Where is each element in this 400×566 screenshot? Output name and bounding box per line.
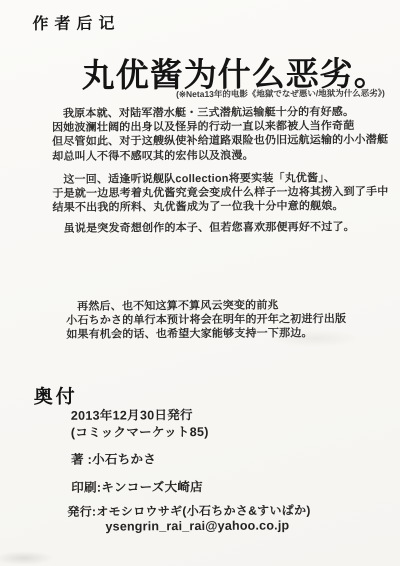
printer-credit: 印刷:キンコーズ大崎店 bbox=[71, 477, 203, 496]
paragraph-3: 虽说是突发奇想创作的本子、但若您喜欢那便再好不过了。 bbox=[53, 220, 355, 236]
title-note: (※Neta13年的电影《地獄でなぜ悪い/地狱为什么恶劣》) bbox=[176, 87, 385, 100]
event-name: (コミックマーケット85) bbox=[71, 422, 209, 441]
paragraph-2: 这一回、适逢听说舰队collection将要实装「丸优酱」、 于是就一边思考着丸… bbox=[52, 171, 388, 216]
paragraph-line: 结果不出我的所料、丸优酱成为了一位我十分中意的舰娘。 bbox=[52, 199, 388, 215]
contact-email: ysengrin_rai_rai@yahoo.co.jp bbox=[105, 518, 289, 533]
afterword-page: 作者后记 丸优酱为什么恶劣。 (※Neta13年的电影《地獄でなぜ悪い/地狱为什… bbox=[0, 0, 400, 566]
publisher-credit: 発行:オモシロウサギ(小石ちかさ&すいぱか) bbox=[67, 501, 310, 519]
paragraph-line: 如果有机会的话、也希望大家能够支持一下那边。 bbox=[66, 327, 346, 343]
paragraph-line: 却总叫人不得不感叹其的宏伟以及浪漫。 bbox=[52, 147, 388, 163]
paragraph-4: 再然后、也不知这算不算风云突变的前兆 小石ちかさ的单行本预计将会在明年的开年之初… bbox=[66, 298, 346, 342]
paragraph-line: 但尽管如此、对于这艘纵使补给道路艰险也仍旧远航运输的小小潜艇 bbox=[52, 133, 388, 149]
publication-date: 2013年12月30日発行 bbox=[71, 405, 193, 424]
author-credit: 著 :小石ちかさ bbox=[71, 449, 156, 468]
scan-smudge bbox=[0, 551, 54, 565]
paragraph-1: 我原本就、对陆军潜水艇・三式潜航运输艇十分的有好感。 因她波澜壮阔的出身以及怪异… bbox=[52, 105, 388, 164]
section-header: 作者后记 bbox=[32, 10, 120, 34]
paragraph-line: 虽说是突发奇想创作的本子、但若您喜欢那便再好不过了。 bbox=[53, 220, 355, 236]
